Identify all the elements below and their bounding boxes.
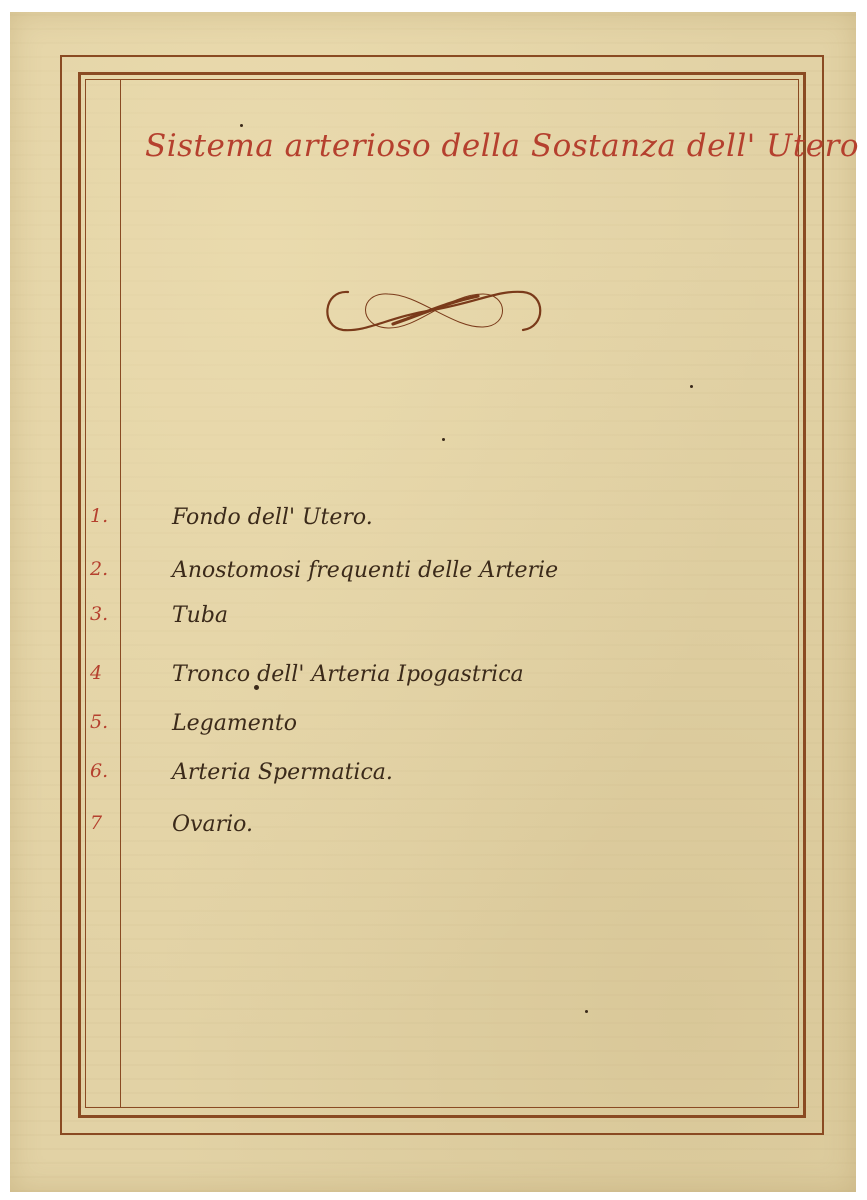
legend-label: Tuba: [172, 603, 228, 628]
legend-item-3: 3. Tuba: [80, 603, 680, 643]
legend-item-7: 7 Ovario.: [80, 812, 680, 852]
legend-number: 2.: [90, 558, 108, 580]
legend-label: Arteria Spermatica.: [172, 760, 393, 785]
legend-label: Tronco dell' Arteria Ipogastrica: [172, 662, 524, 687]
page-title: Sistema arterioso della Sostanza dell' U…: [145, 128, 785, 164]
legend-item-6: 6. Arteria Spermatica.: [80, 760, 680, 800]
legend-number: 5.: [90, 711, 108, 733]
ink-speck: [690, 385, 693, 388]
legend-number: 6.: [90, 760, 108, 782]
legend-number: 3.: [90, 603, 108, 625]
legend-number: 4: [90, 662, 102, 684]
legend-number: 7: [90, 812, 102, 834]
legend-item-4: 4 Tronco dell' Arteria Ipogastrica: [80, 662, 680, 702]
legend-item-1: 1. Fondo dell' Utero.: [80, 505, 680, 545]
legend-label: Anostomosi frequenti delle Arterie: [172, 558, 558, 583]
ink-speck: [240, 124, 243, 127]
legend-item-2: 2. Anostomosi frequenti delle Arterie: [80, 558, 680, 598]
legend-label: Legamento: [172, 711, 297, 736]
ink-speck: [254, 685, 259, 690]
legend-number: 1.: [90, 505, 108, 527]
legend-label: Fondo dell' Utero.: [172, 505, 373, 530]
legend-label: Ovario.: [172, 812, 253, 837]
ink-speck: [442, 438, 445, 441]
flourish-ornament-icon: [318, 282, 548, 338]
ink-speck: [585, 1010, 588, 1013]
legend-item-5: 5. Legamento: [80, 711, 680, 751]
